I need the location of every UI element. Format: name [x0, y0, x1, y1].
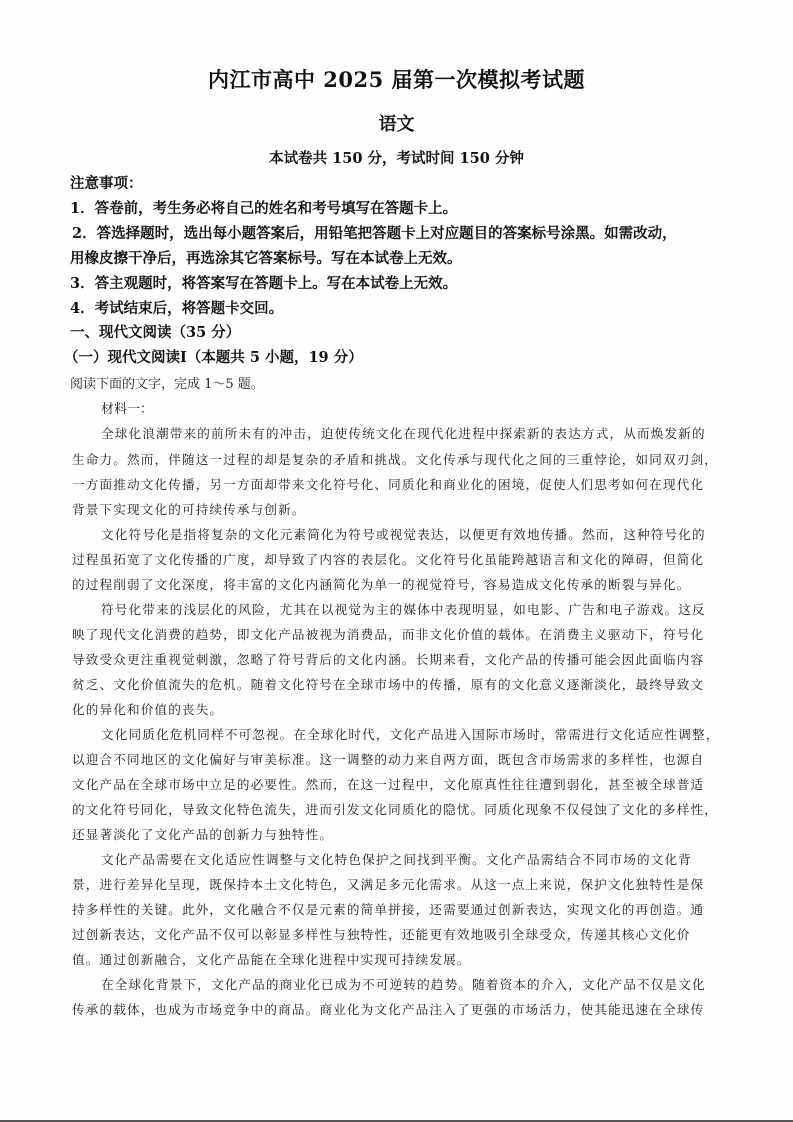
passage-line: 映了现代文化消费的趋势，即文化产品被视为消费品，而非文化价值的载体。在消费主义驱…	[72, 624, 704, 643]
material-label: 材料一：	[101, 398, 153, 417]
passage-line: 以迎合不同地区的文化偏好与审美标准。这一调整的动力来自两方面，既包含市场需求的多…	[72, 749, 704, 768]
passage-line: 一方面推动文化传播，另一方面却带来文化符号化、同质化和商业化的困境，促使人们思考…	[72, 474, 704, 493]
section-subtitle: （一）现代文阅读Ⅰ（本题共 5 小题，19 分）	[64, 346, 363, 367]
passage-line: 全球化浪潮带来的前所未有的冲击，迫使传统文化在现代化进程中探索新的表达方式，从而…	[101, 423, 706, 442]
passage-line: 导致受众更注重视觉刺激，忽略了符号背后的文化内涵。长期来看，文化产品的传播可能会…	[72, 649, 704, 668]
passage-line: 在全球化背景下，文化产品的商业化已成为不可逆转的趋势。随着资本的介入，文化产品不…	[101, 974, 706, 993]
passage-line: 背景下实现文化的可持续传承与创新。	[72, 499, 306, 518]
passage-line: 文化产品需要在文化适应性调整与文化特色保护之间找到平衡。文化产品需结合不同市场的…	[101, 849, 692, 868]
section-title: 一、现代文阅读（35 分）	[70, 321, 240, 342]
passage-line: 的文化符号同化，导致文化特色流失，进而引发文化同质化的隐忧。同质化现象不仅侵蚀了…	[72, 799, 718, 818]
passage-line: 的过程削弱了文化深度，将丰富的文化内涵简化为单一的视觉符号，容易造成文化传承的断…	[72, 574, 690, 593]
notice-item-2: 2．答选择题时，选出每小题答案后，用铅笔把答题卡上对应题目的答案标号涂黑。如需改…	[72, 222, 677, 243]
passage-line: 文化产品在全球市场中立足的必要性。然而，在这一过程中，文化原真性往往遭到弱化，甚…	[72, 774, 704, 793]
passage-line: 贫乏、文化价值流失的危机。随着文化符号在全球市场中的传播，原有的文化意义逐渐淡化…	[72, 674, 704, 693]
subject-title: 语文	[0, 110, 793, 136]
passage-line: 过程虽拓宽了文化传播的广度，却导致了内容的表层化。文化符号化虽能跨越语言和文化的…	[72, 549, 704, 568]
passage-line: 还显著淡化了文化产品的创新力与独特性。	[72, 824, 333, 843]
notice-item-3: 3．答主观题时，将答案写在答题卡上。写在本试卷上无效。	[70, 272, 457, 293]
passage-line: 生命力。然而，伴随这一过程的却是复杂的矛盾和挑战。文化传承与现代化之间的三重悖论…	[72, 449, 718, 468]
passage-line: 文化同质化危机同样不可忽视。在全球化时代，文化产品进入国际市场时，常需进行文化适…	[101, 724, 719, 743]
passage-line: 传承的载体，也成为市场竞争中的商品。商业化为文化产品注入了更强的市场活力，使其能…	[72, 999, 704, 1018]
passage-line: 值。通过创新融合，文化产品能在全球化进程中实现可持续发展。	[72, 949, 471, 968]
exam-meta: 本试卷共 150 分，考试时间 150 分钟	[0, 147, 793, 168]
passage-line: 符号化带来的浅层化的风险，尤其在以视觉为主的媒体中表现明显，如电影、广告和电子游…	[101, 599, 706, 618]
exam-title: 内江市高中 2025 届第一次模拟考试题	[0, 64, 793, 94]
exam-page: 内江市高中 2025 届第一次模拟考试题 语文 本试卷共 150 分，考试时间 …	[0, 0, 793, 1122]
passage-line: 过创新表达，文化产品不仅可以彰显多样性与独特性，还能更有效地吸引全球受众，传递其…	[72, 924, 690, 943]
notice-item-2-cont: 用橡皮擦干净后，再选涂其它答案标号。写在本试卷上无效。	[70, 247, 462, 268]
passage-line: 化的异化和价值的丧失。	[72, 699, 223, 718]
notice-item-1: 1．答卷前，考生务必将自己的姓名和考号填写在答题卡上。	[70, 197, 457, 218]
notice-item-4: 4．考试结束后，将答题卡交回。	[70, 297, 283, 318]
notice-heading: 注意事项：	[70, 172, 143, 193]
passage-line: 持多样性的关键。此外，文化融合不仅是元素的简单拼接，还需要通过创新表达，实现文化…	[72, 899, 704, 918]
passage-line: 文化符号化是指将复杂的文化元素简化为符号或视觉表达，以便更有效地传播。然而，这种…	[101, 524, 706, 543]
passage-line: 景，进行差异化呈现，既保持本土文化特色，又满足多元化需求。从这一点上来说，保护文…	[72, 874, 704, 893]
reading-instruction: 阅读下面的文字，完成 1～5 题。	[70, 373, 264, 392]
